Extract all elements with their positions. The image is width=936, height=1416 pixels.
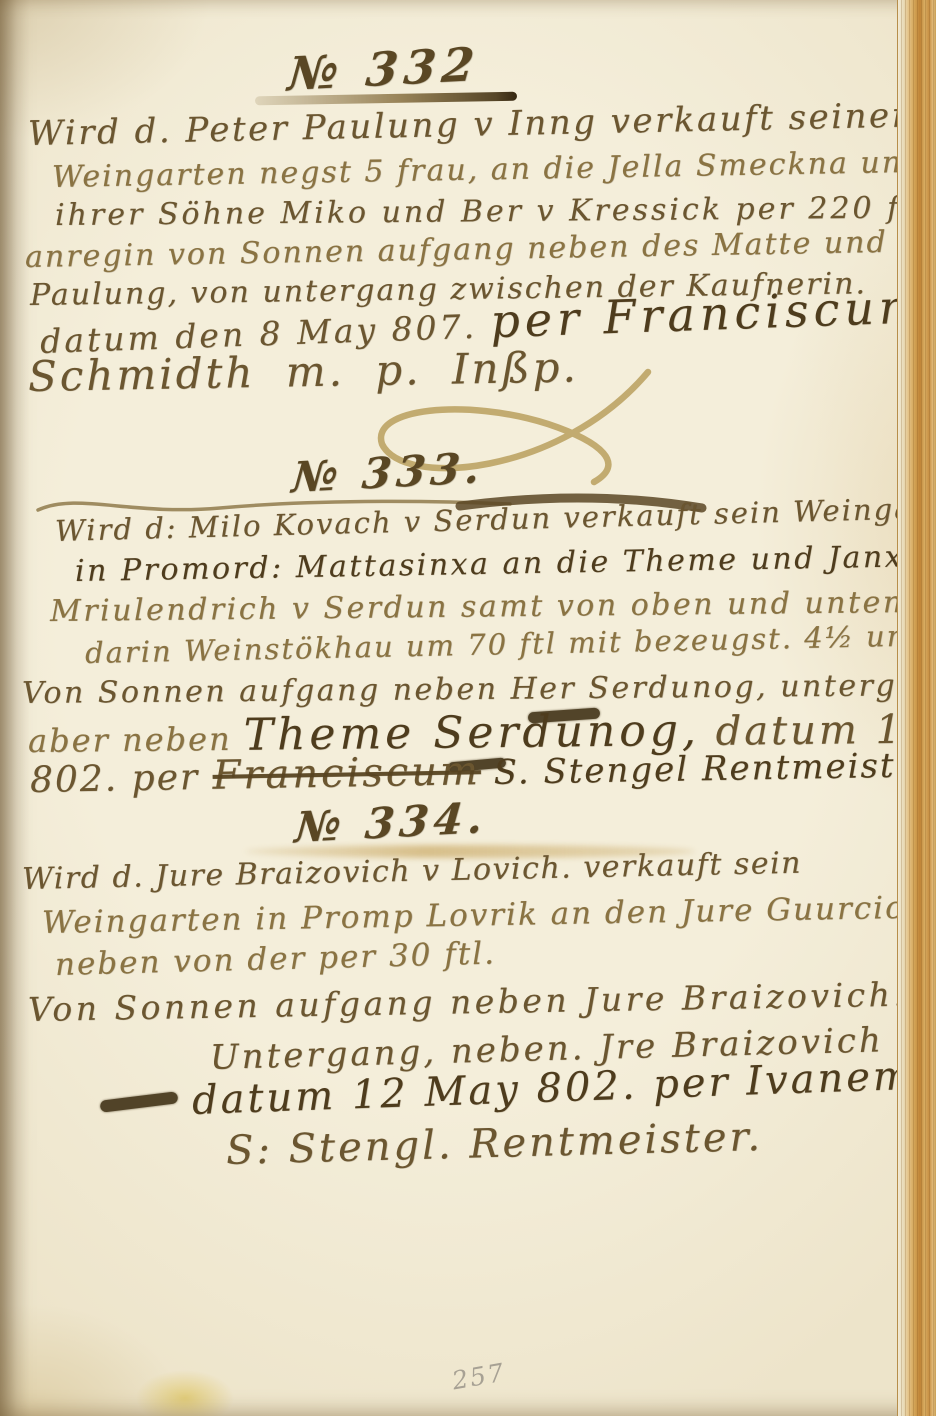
entry-number-332: № 332 xyxy=(286,37,483,101)
signature-line-334: S: Stengl. Rentmeister. xyxy=(225,1114,763,1174)
struck-name: Franciscum xyxy=(212,748,481,799)
manuscript-line: neben von der per 30 ftl. xyxy=(55,935,497,983)
signature-text: S. Stengel Rentmeister. xyxy=(481,745,936,793)
book-fore-edge xyxy=(897,0,936,1416)
manuscript-line: Weingarten in Promp Lovrik an den Jure G… xyxy=(42,890,905,941)
manuscript-line: Von Sonnen aufgang neben Jure Braizovich… xyxy=(28,975,908,1029)
manuscript-line: Weingarten negst 5 frau, an die Jella Sm… xyxy=(52,145,925,195)
manuscript-page: № 332 Wird d. Peter Paulung v Inng verka… xyxy=(0,0,936,1416)
manuscript-line: Wird d. Peter Paulung v Inng verkauft se… xyxy=(28,95,917,154)
heavy-ink-stroke xyxy=(100,1091,179,1112)
pencil-page-number: 257 xyxy=(450,1358,508,1396)
manuscript-line: in Promord: Mattasinxa an die Theme und … xyxy=(75,539,925,589)
manuscript-line: Wird d. Jure Braizovich v Lovich. verkau… xyxy=(22,846,803,897)
entry-number-334: № 334. xyxy=(293,793,490,852)
line-text: 802. per xyxy=(30,757,213,801)
